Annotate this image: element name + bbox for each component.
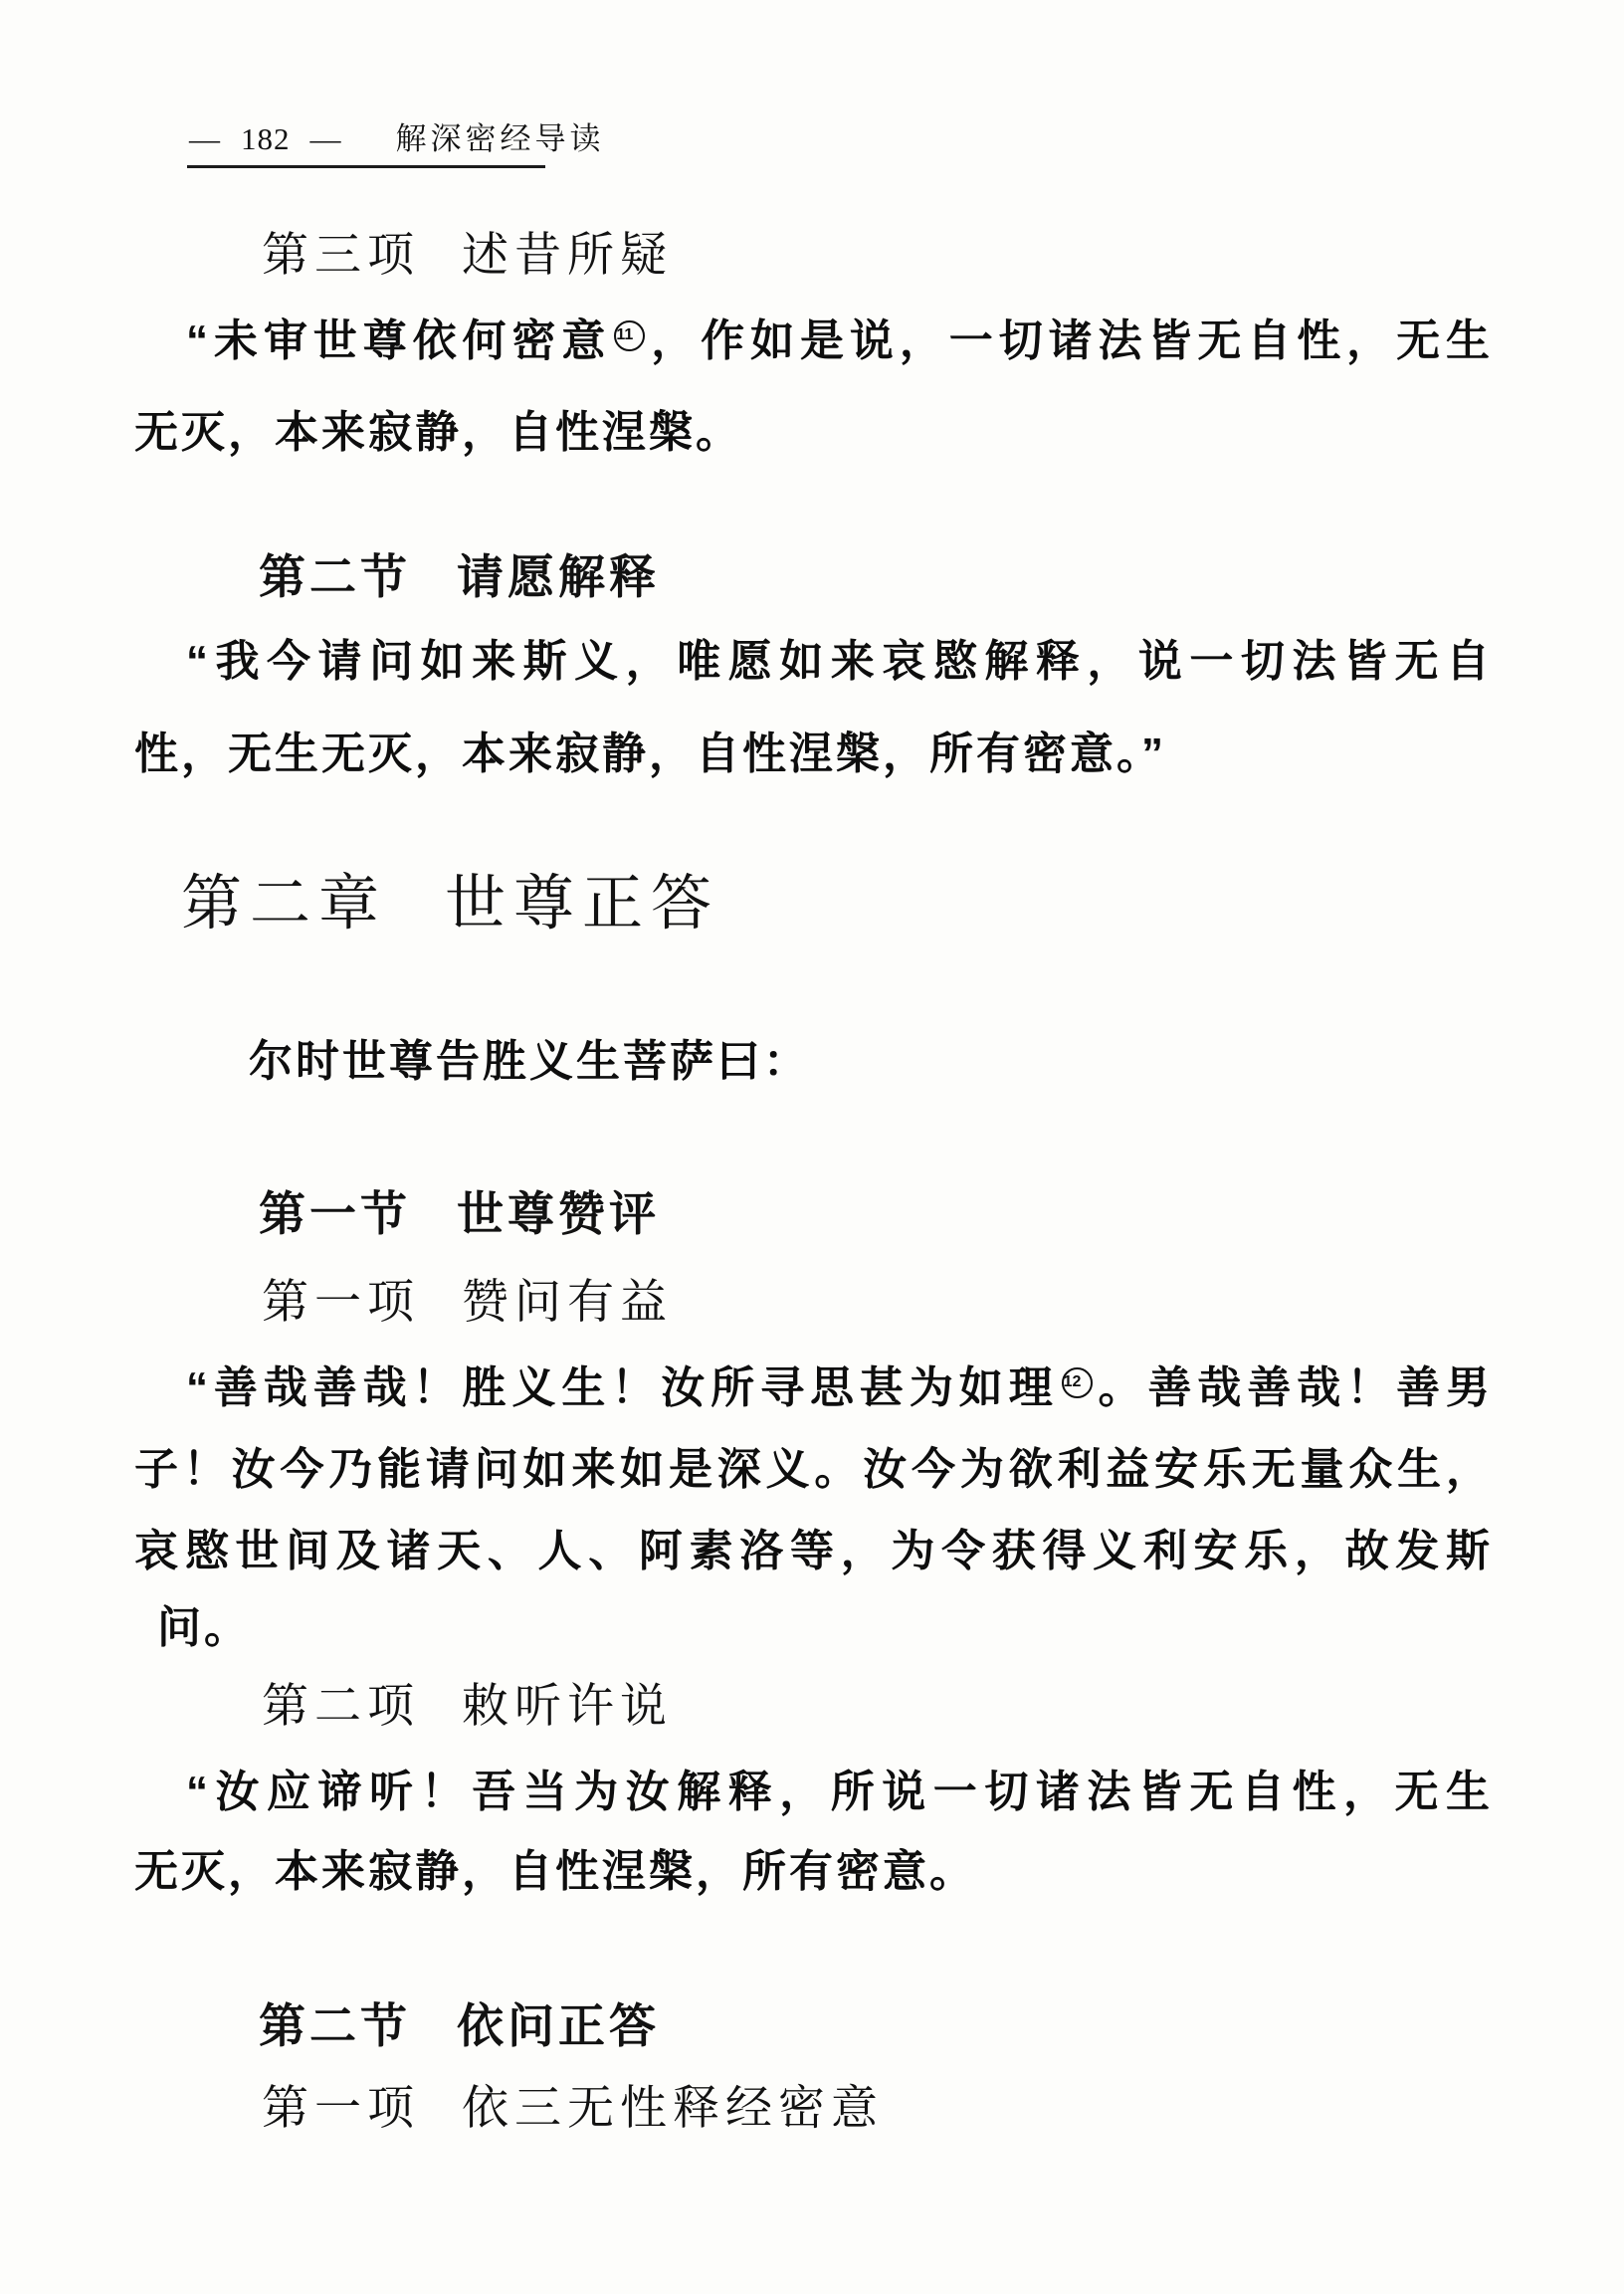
heading-label: 第一项 <box>262 1276 420 1330</box>
footnote-mark-12: 12 <box>1062 1367 1093 1398</box>
paragraph-praise-line3: 哀愍世间及诸天、人、阿素洛等，为令获得义利安乐，故发斯 <box>134 1527 1493 1577</box>
book-page: — 182 — 解深密经导读 第三项 述昔所疑 “未审世尊依何密意11，作如是说… <box>0 0 1624 2294</box>
header-rule <box>187 165 545 168</box>
heading-label: 第一项 <box>262 2082 420 2136</box>
heading-label: 第二项 <box>262 1680 420 1734</box>
book-title: 解深密经导读 <box>396 121 605 157</box>
heading-label: 第二章 <box>181 870 387 939</box>
doubt-line1-post: ，作如是说，一切诸法皆无自性，无生 <box>648 316 1493 365</box>
heading-section-2-request: 第二节 请愿解释 <box>259 551 660 605</box>
paragraph-listen-line1: “汝应谛听！吾当为汝解释，所说一切诸法皆无自性，无生 <box>186 1768 1493 1818</box>
heading-item-3-doubt: 第三项 述昔所疑 <box>262 229 673 283</box>
doubt-line1-pre: “未审世尊依何密意 <box>186 316 611 365</box>
heading-title: 世尊正答 <box>445 870 719 939</box>
paragraph-request-line1: “我今请问如来斯义，唯愿如来哀愍解释，说一切法皆无自 <box>186 637 1493 688</box>
paragraph-praise-line1: “善哉善哉！胜义生！汝所寻思甚为如理12。善哉善哉！善男 <box>186 1363 1493 1414</box>
heading-chapter-2: 第二章 世尊正答 <box>181 870 719 939</box>
heading-title: 赞问有益 <box>462 1276 673 1330</box>
paragraph-request-line2: 性，无生无灭，本来寂静，自性涅槃，所有密意。” <box>134 730 1166 780</box>
heading-section-2-answering: 第二节 依问正答 <box>259 2000 660 2054</box>
heading-item-2-listen: 第二项 敕听许说 <box>262 1680 673 1734</box>
praise-line1-pre: “善哉善哉！胜义生！汝所寻思甚为如理 <box>186 1363 1059 1412</box>
paragraph-praise-line2: 子！汝今乃能请问如来如是深义。汝今为欲利益安乐无量众生， <box>134 1445 1493 1496</box>
heading-label: 第二节 <box>259 551 411 605</box>
heading-label: 第一节 <box>259 1188 411 1242</box>
page-header: — 182 — 解深密经导读 <box>189 121 605 157</box>
paragraph-praise-line4: 问。 <box>157 1603 251 1654</box>
heading-title: 敕听许说 <box>462 1680 673 1734</box>
paragraph-address-line1: 尔时世尊告胜义生菩萨曰： <box>249 1037 810 1088</box>
header-dash-left: — <box>189 121 221 157</box>
heading-title: 依问正答 <box>457 2000 660 2054</box>
footnote-mark-11: 11 <box>614 320 645 351</box>
paragraph-doubt-line1: “未审世尊依何密意11，作如是说，一切诸法皆无自性，无生 <box>186 316 1493 367</box>
heading-section-1-praise: 第一节 世尊赞评 <box>259 1188 660 1242</box>
heading-title: 请愿解释 <box>457 551 660 605</box>
header-dash-right: — <box>310 121 342 157</box>
paragraph-listen-line2: 无灭，本来寂静，自性涅槃，所有密意。 <box>134 1847 976 1898</box>
paragraph-doubt-line2: 无灭，本来寂静，自性涅槃。 <box>134 408 742 459</box>
page-number: 182 <box>241 121 291 157</box>
heading-title: 世尊赞评 <box>457 1188 660 1242</box>
heading-title: 依三无性释经密意 <box>462 2082 884 2136</box>
heading-item-1-three-no-nature: 第一项 依三无性释经密意 <box>262 2082 884 2136</box>
heading-label: 第二节 <box>259 2000 411 2054</box>
heading-item-1-praise: 第一项 赞问有益 <box>262 1276 673 1330</box>
heading-title: 述昔所疑 <box>462 229 673 283</box>
praise-line1-post: 。善哉善哉！善男 <box>1096 1363 1493 1412</box>
heading-label: 第三项 <box>262 229 420 283</box>
